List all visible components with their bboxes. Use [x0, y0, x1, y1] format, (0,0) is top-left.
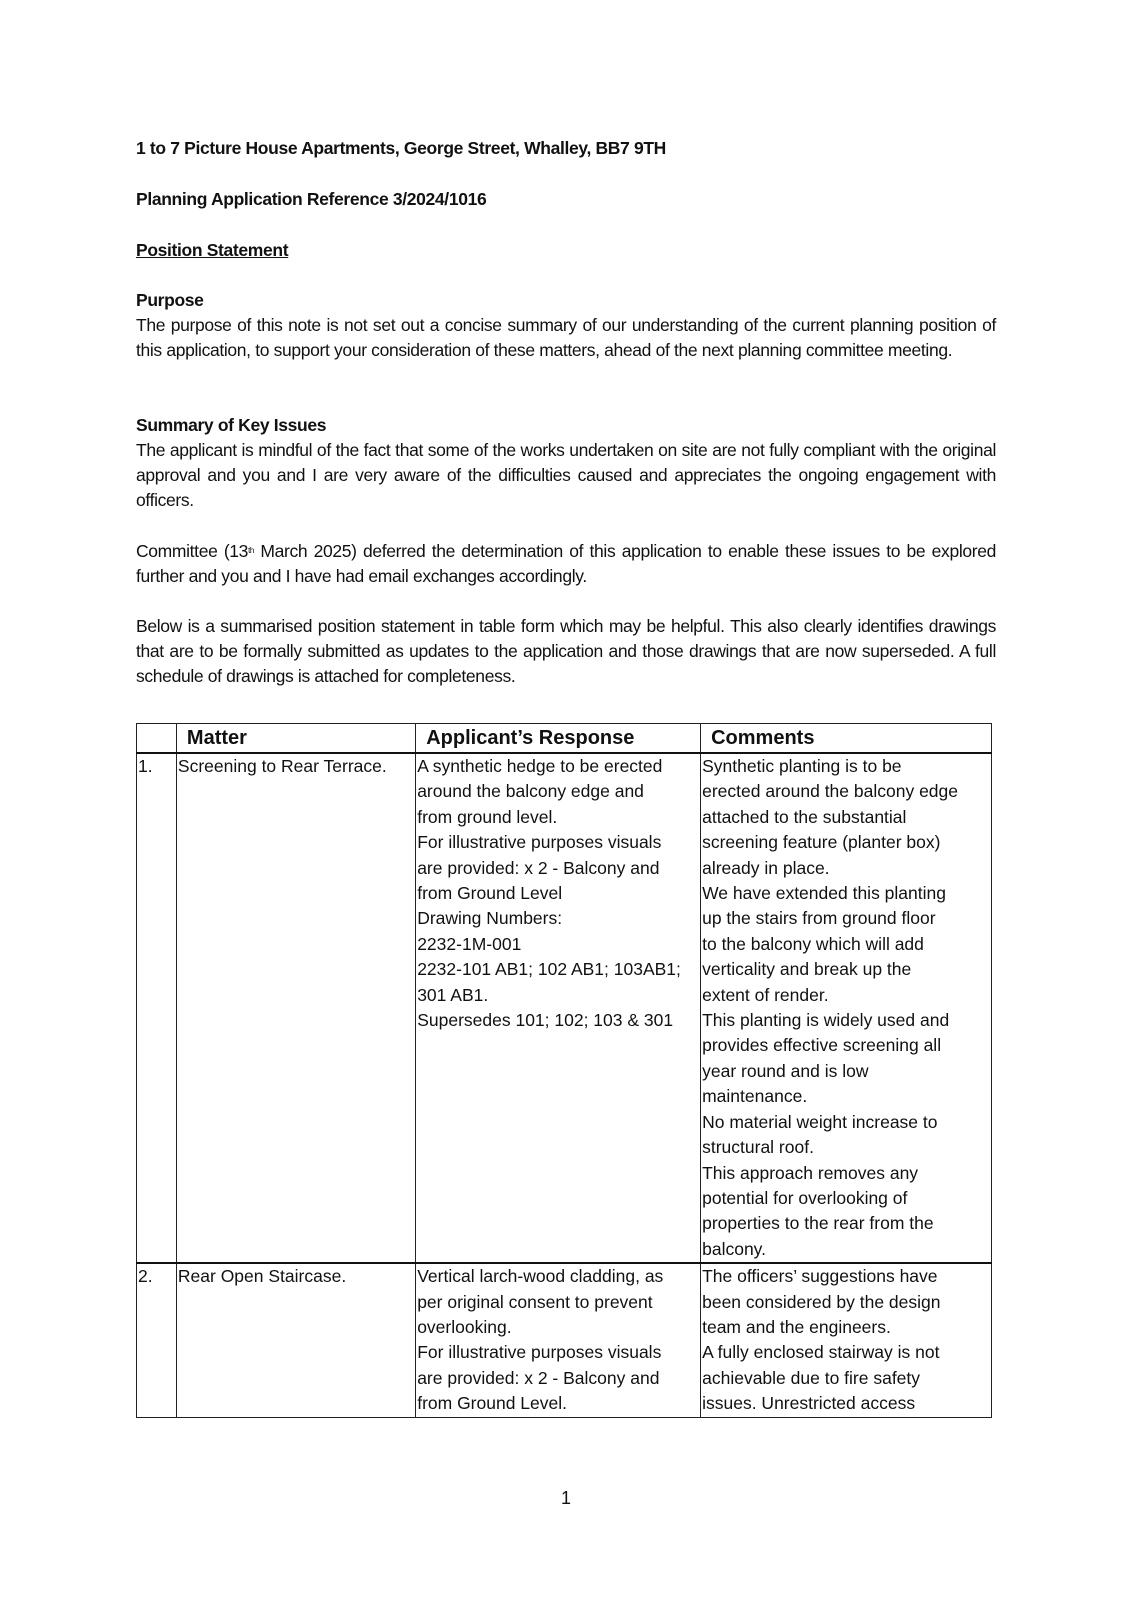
table-header-row: Matter Applicant’s Response Comments	[137, 724, 992, 754]
comment-line: properties to the rear from the	[702, 1211, 990, 1236]
comment-line: A fully enclosed stairway is not	[702, 1340, 990, 1365]
response-line: from ground level.	[417, 805, 699, 830]
row-comments: Synthetic planting is to beerected aroun…	[701, 753, 992, 1263]
comment-line: Synthetic planting is to be	[702, 754, 990, 779]
comment-line: up the stairs from ground floor	[702, 906, 990, 931]
response-line: 301 AB1.	[417, 983, 699, 1008]
comment-line: potential for overlooking of	[702, 1186, 990, 1211]
response-line: A synthetic hedge to be erected	[417, 754, 699, 779]
response-line: Supersedes 101; 102; 103 & 301	[417, 1008, 699, 1033]
row-matter: Rear Open Staircase.	[176, 1263, 415, 1417]
page-number: 1	[0, 1488, 1132, 1509]
committee-paragraph: Committee (13th March 2025) deferred the…	[136, 538, 996, 589]
comment-line: This approach removes any	[702, 1161, 990, 1186]
response-line: per original consent to prevent	[417, 1290, 699, 1315]
row-matter: Screening to Rear Terrace.	[176, 753, 415, 1263]
header-response: Applicant’s Response	[416, 724, 701, 754]
response-line: are provided: x 2 - Balcony and	[417, 1366, 699, 1391]
row-comments: The officers’ suggestions havebeen consi…	[701, 1263, 992, 1417]
response-line: around the balcony edge and	[417, 779, 699, 804]
comment-line: The officers’ suggestions have	[702, 1264, 990, 1289]
comment-line: already in place.	[702, 856, 990, 881]
committee-suffix: March 2025) deferred the determination o…	[136, 541, 996, 586]
comment-line: to the balcony which will add	[702, 932, 990, 957]
comment-line: provides effective screening all	[702, 1033, 990, 1058]
row-response: Vertical larch-wood cladding, asper orig…	[416, 1263, 701, 1417]
response-line: from Ground Level.	[417, 1391, 699, 1416]
comment-line: been considered by the design	[702, 1290, 990, 1315]
document-page: 1 to 7 Picture House Apartments, George …	[0, 0, 1132, 1600]
comment-line: verticality and break up the	[702, 957, 990, 982]
purpose-heading: Purpose	[136, 288, 996, 313]
response-line: 2232-1M-001	[417, 932, 699, 957]
comment-line: structural roof.	[702, 1135, 990, 1160]
response-line: from Ground Level	[417, 881, 699, 906]
header-comments: Comments	[701, 724, 992, 754]
comment-line: year round and is low	[702, 1059, 990, 1084]
purpose-section: Purpose The purpose of this note is not …	[136, 288, 996, 363]
row-number: 2.	[137, 1263, 177, 1417]
response-line: are provided: x 2 - Balcony and	[417, 856, 699, 881]
table-row: 2.Rear Open Staircase.Vertical larch-woo…	[137, 1263, 992, 1417]
comment-line: team and the engineers.	[702, 1315, 990, 1340]
address-heading: 1 to 7 Picture House Apartments, George …	[136, 136, 996, 161]
reference-heading: Planning Application Reference 3/2024/10…	[136, 187, 996, 212]
comment-line: No material weight increase to	[702, 1110, 990, 1135]
comment-line: This planting is widely used and	[702, 1008, 990, 1033]
comment-line: maintenance.	[702, 1084, 990, 1109]
summary-section: Summary of Key Issues The applicant is m…	[136, 413, 996, 513]
position-statement-table: Matter Applicant’s Response Comments 1.S…	[136, 723, 992, 1418]
summary-heading: Summary of Key Issues	[136, 413, 996, 438]
comment-line: We have extended this planting	[702, 881, 990, 906]
committee-prefix: Committee (13	[136, 541, 248, 561]
response-line: For illustrative purposes visuals	[417, 830, 699, 855]
header-number	[137, 724, 177, 754]
purpose-body: The purpose of this note is not set out …	[136, 313, 996, 363]
section-title: Position Statement	[136, 238, 996, 263]
comment-line: balcony.	[702, 1237, 990, 1262]
comment-line: erected around the balcony edge	[702, 779, 990, 804]
comment-line: issues. Unrestricted access	[702, 1391, 990, 1416]
summary-body: The applicant is mindful of the fact tha…	[136, 438, 996, 513]
response-line: For illustrative purposes visuals	[417, 1340, 699, 1365]
header-matter: Matter	[176, 724, 415, 754]
comment-line: attached to the substantial	[702, 805, 990, 830]
response-line: Drawing Numbers:	[417, 906, 699, 931]
comment-line: extent of render.	[702, 983, 990, 1008]
response-line: overlooking.	[417, 1315, 699, 1340]
row-number: 1.	[137, 753, 177, 1263]
table-intro-paragraph: Below is a summarised position statement…	[136, 614, 996, 689]
response-line: 2232-101 AB1; 102 AB1; 103AB1;	[417, 957, 699, 982]
comment-line: achievable due to fire safety	[702, 1366, 990, 1391]
comment-line: screening feature (planter box)	[702, 830, 990, 855]
row-response: A synthetic hedge to be erectedaround th…	[416, 753, 701, 1263]
table-row: 1.Screening to Rear Terrace.A synthetic …	[137, 753, 992, 1263]
response-line: Vertical larch-wood cladding, as	[417, 1264, 699, 1289]
